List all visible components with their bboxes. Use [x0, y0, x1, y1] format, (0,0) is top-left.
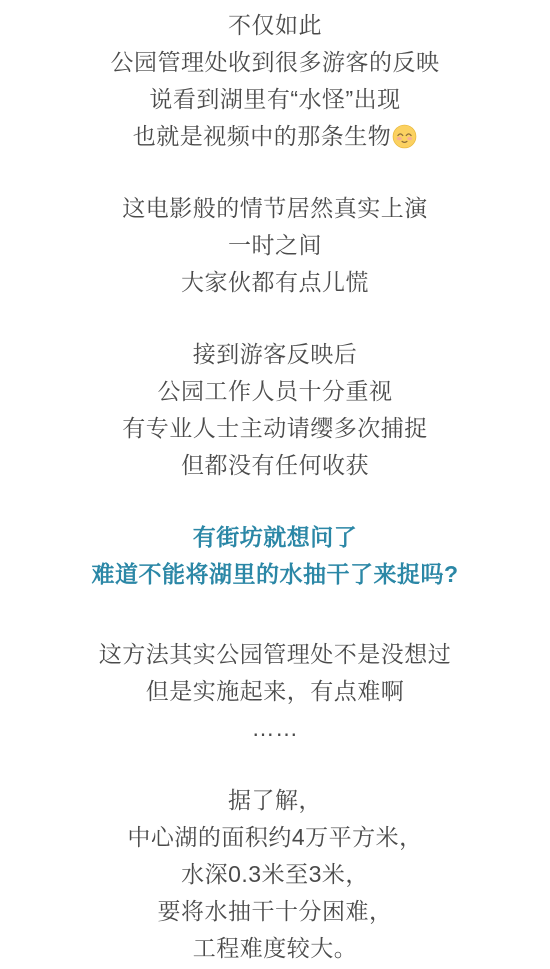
text-line: 但都没有任何收获 — [0, 447, 550, 484]
ellipsis-line: …… — [0, 710, 550, 747]
paragraph-4: 这方法其实公园管理处不是没想过 但是实施起来，有点难啊 …… — [0, 636, 550, 747]
paragraph-question-highlight: 有街坊就想问了 难道不能将湖里的水抽干了来捉吗? — [0, 519, 550, 593]
text-line: 这电影般的情节居然真实上演 — [0, 190, 550, 227]
text-line: 接到游客反映后 — [0, 336, 550, 373]
text-line: 这方法其实公园管理处不是没想过 — [0, 636, 550, 673]
text-line: 据了解， — [0, 782, 550, 819]
text-line: 中心湖的面积约4万平方米， — [0, 819, 550, 856]
blushing-face-emoji — [392, 124, 417, 149]
paragraph-1: 不仅如此 公园管理处收到很多游客的反映 说看到湖里有“水怪”出现 也就是视频中的… — [0, 7, 550, 155]
text-line: 水深0.3米至3米， — [0, 856, 550, 893]
paragraph-5: 据了解， 中心湖的面积约4万平方米， 水深0.3米至3米， 要将水抽干十分困难，… — [0, 782, 550, 967]
highlight-text-line: 有街坊就想问了 — [0, 519, 550, 556]
paragraph-2: 这电影般的情节居然真实上演 一时之间 大家伙都有点儿慌 — [0, 190, 550, 301]
text-line: 但是实施起来，有点难啊 — [0, 673, 550, 710]
text-line: 有专业人士主动请缨多次捕捉 — [0, 410, 550, 447]
text-line: 公园工作人员十分重视 — [0, 373, 550, 410]
text-line: 也就是视频中的那条生物 — [133, 123, 392, 149]
text-line: 说看到湖里有“水怪”出现 — [0, 81, 550, 118]
text-line: 工程难度较大。 — [0, 930, 550, 967]
text-line: 大家伙都有点儿慌 — [0, 264, 550, 301]
highlight-text-line: 难道不能将湖里的水抽干了来捉吗? — [0, 556, 550, 593]
text-line: 要将水抽干十分困难， — [0, 893, 550, 930]
paragraph-3: 接到游客反映后 公园工作人员十分重视 有专业人士主动请缨多次捕捉 但都没有任何收… — [0, 336, 550, 484]
text-line: 不仅如此 — [0, 7, 550, 44]
article-body: 不仅如此 公园管理处收到很多游客的反映 说看到湖里有“水怪”出现 也就是视频中的… — [0, 0, 550, 969]
text-line: 公园管理处收到很多游客的反映 — [0, 44, 550, 81]
text-line: 一时之间 — [0, 227, 550, 264]
text-line-with-emoji: 也就是视频中的那条生物 — [0, 118, 550, 155]
